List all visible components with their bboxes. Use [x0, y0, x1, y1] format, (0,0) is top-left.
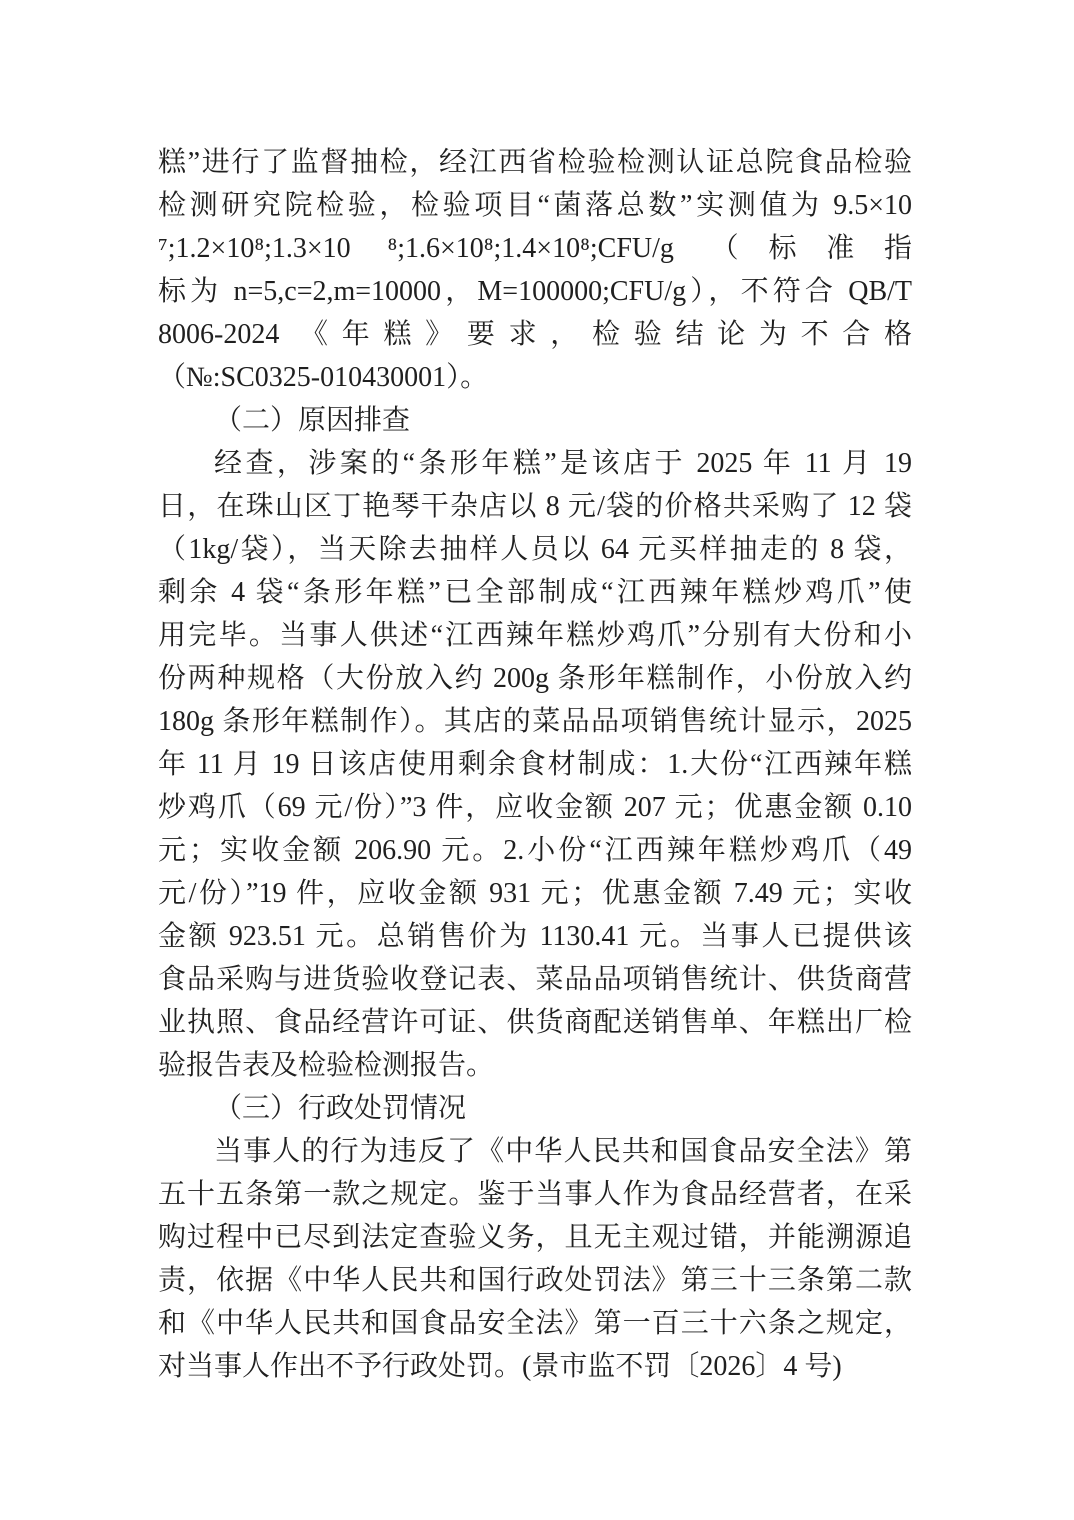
text-line: 责，依据《中华人民共和国行政处罚法》第三十三条第二款: [158, 1259, 912, 1302]
heading-cause-investigation: （二）原因排查: [158, 399, 912, 442]
text-line: 当事人的行为违反了《中华人民共和国食品安全法》第: [158, 1130, 912, 1173]
text-line: 炒鸡爪（69 元/份）”3 件，应收金额 207 元；优惠金额 0.10: [158, 786, 912, 829]
text-line: （№:SC0325-010430001）。: [158, 356, 912, 399]
text-line: 购过程中已尽到法定查验义务，且无主观过错，并能溯源追: [158, 1216, 912, 1259]
text-line: 用完毕。当事人供述“江西辣年糕炒鸡爪”分别有大份和小: [158, 614, 912, 657]
text-line: 180g 条形年糕制作）。其店的菜品品项销售统计显示，2025: [158, 700, 912, 743]
text-line: 五十五条第一款之规定。鉴于当事人作为食品经营者，在采: [158, 1173, 912, 1216]
text-line: 验报告表及检验检测报告。: [158, 1044, 912, 1087]
text-line: 元；实收金额 206.90 元。2.小份“江西辣年糕炒鸡爪（49: [158, 829, 912, 872]
text-line: 经查，涉案的“条形年糕”是该店于 2025 年 11 月 19: [158, 442, 912, 485]
text-line: 和《中华人民共和国食品安全法》第一百三十六条之规定，: [158, 1302, 912, 1345]
text-line: 元/份）”19 件，应收金额 931 元；优惠金额 7.49 元；实收: [158, 872, 912, 915]
text-line: 检测研究院检验，检验项目“菌落总数”实测值为 9.5×10: [158, 184, 912, 227]
text-line: 标为 n=5,c=2,m=10000，M=100000;CFU/g），不符合 Q…: [158, 270, 912, 313]
paragraph-cause-investigation: 经查，涉案的“条形年糕”是该店于 2025 年 11 月 19 日，在珠山区丁艳…: [158, 442, 912, 1087]
text-line: 对当事人作出不予行政处罚。(景市监不罚〔2026〕4 号): [158, 1345, 912, 1388]
document-text-block: 糕”进行了监督抽检，经江西省检验检测认证总院食品检验 检测研究院检验，检验项目“…: [158, 141, 912, 1388]
text-line: 剩余 4 袋“条形年糕”已全部制成“江西辣年糕炒鸡爪”使: [158, 571, 912, 614]
text-line: 日，在珠山区丁艳琴干杂店以 8 元/袋的价格共采购了 12 袋: [158, 485, 912, 528]
text-line: 8006-2024 《年糕》要求，检验结论为不合格: [158, 313, 912, 356]
document-page: 糕”进行了监督抽检，经江西省检验检测认证总院食品检验 检测研究院检验，检验项目“…: [0, 0, 1074, 1520]
text-line: 金额 923.51 元。总销售价为 1130.41 元。当事人已提供该: [158, 915, 912, 958]
text-line: ⁷;1.2×10⁸;1.3×10 ⁸;1.6×10⁸;1.4×10⁸;CFU/g…: [158, 227, 912, 270]
text-line: 食品采购与进货验收登记表、菜品品项销售统计、供货商营: [158, 958, 912, 1001]
text-line: 业执照、食品经营许可证、供货商配送销售单、年糕出厂检: [158, 1001, 912, 1044]
section-heading: （二）原因排查: [158, 399, 912, 442]
text-line: 年 11 月 19 日该店使用剩余食材制成：1.大份“江西辣年糕: [158, 743, 912, 786]
section-heading: （三）行政处罚情况: [158, 1087, 912, 1130]
text-line: 份两种规格（大份放入约 200g 条形年糕制作，小份放入约: [158, 657, 912, 700]
heading-administrative-penalty: （三）行政处罚情况: [158, 1087, 912, 1130]
text-line: （1kg/袋），当天除去抽样人员以 64 元买样抽走的 8 袋，: [158, 528, 912, 571]
paragraph-administrative-penalty: 当事人的行为违反了《中华人民共和国食品安全法》第 五十五条第一款之规定。鉴于当事…: [158, 1130, 912, 1388]
paragraph-inspection-result: 糕”进行了监督抽检，经江西省检验检测认证总院食品检验 检测研究院检验，检验项目“…: [158, 141, 912, 399]
text-line: 糕”进行了监督抽检，经江西省检验检测认证总院食品检验: [158, 141, 912, 184]
